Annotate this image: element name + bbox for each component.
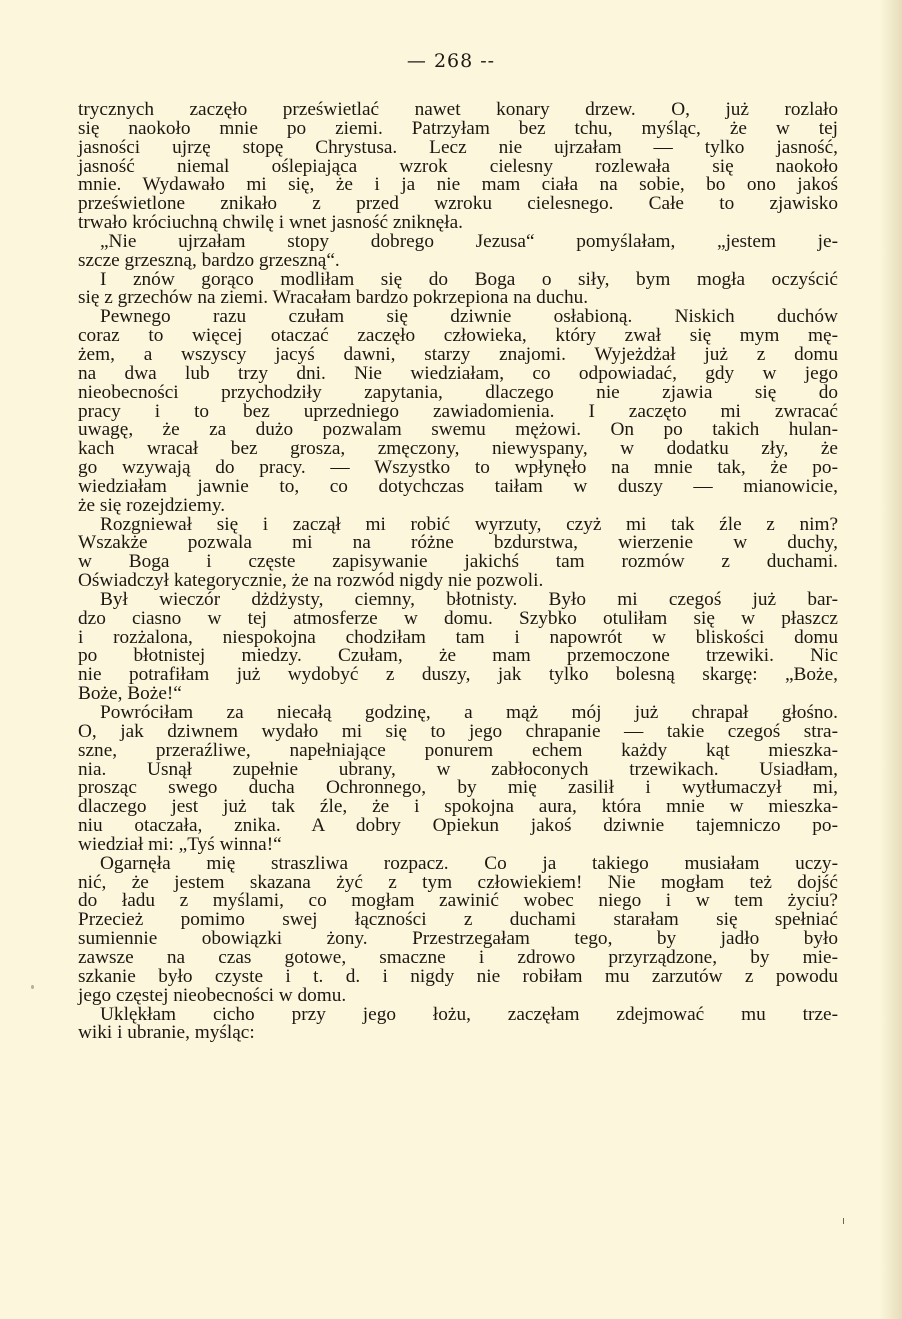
text-line: wiki i ubranie, myśląc: (78, 1024, 838, 1043)
text-line: Ogarnęła mię straszliwa rozpacz. Co ja t… (78, 855, 838, 874)
scan-artifact-mark (843, 1218, 844, 1224)
text-line: jego częstej nieobecności w domu. (78, 987, 838, 1006)
text-line: zawsze na czas gotowe, smaczne i zdrowo … (78, 949, 838, 968)
scan-artifact-dot (31, 985, 34, 989)
text-line: jasności ujrzę stopę Chrystusa. Lecz nie… (78, 139, 838, 158)
page-number: — 268 -- (0, 50, 902, 72)
text-line: nie potrafiłam już wydobyć z duszy, jak … (78, 666, 838, 685)
book-page: — 268 -- trycznych zaczęło prześwietlać … (0, 0, 902, 1319)
text-line: nieobecności przychodziły zapytania, dla… (78, 384, 838, 403)
text-line: O, jak dziwnem wydało mi się to jego chr… (78, 723, 838, 742)
text-line: szkanie było czyste i t. d. i nigdy nie … (78, 968, 838, 987)
text-line: na dwa lub trzy dni. Nie wiedziałam, co … (78, 365, 838, 384)
text-line: szcze grzeszną, bardzo grzeszną“. (78, 252, 838, 271)
text-line: Był wieczór dżdżysty, ciemny, błotnisty.… (78, 591, 838, 610)
text-line: „Nie ujrzałam stopy dobrego Jezusa“ pomy… (78, 233, 838, 252)
page-body-text: trycznych zaczęło prześwietlać nawet kon… (78, 101, 838, 1043)
text-line: żem, a wszyscy jacyś dawni, starzy znajo… (78, 346, 838, 365)
text-line: szne, przeraźliwe, napełniające ponurem … (78, 742, 838, 761)
text-line: że się rozejdziemy. (78, 497, 838, 516)
text-line: wiedziałam jawnie to, co dotychczas taił… (78, 478, 838, 497)
text-line: wiedział mi: „Tyś winna!“ (78, 836, 838, 855)
text-line: dzo ciasno w tej atmosferze w domu. Szyb… (78, 610, 838, 629)
text-line: się naokoło mnie po ziemi. Patrzyłam bez… (78, 120, 838, 139)
